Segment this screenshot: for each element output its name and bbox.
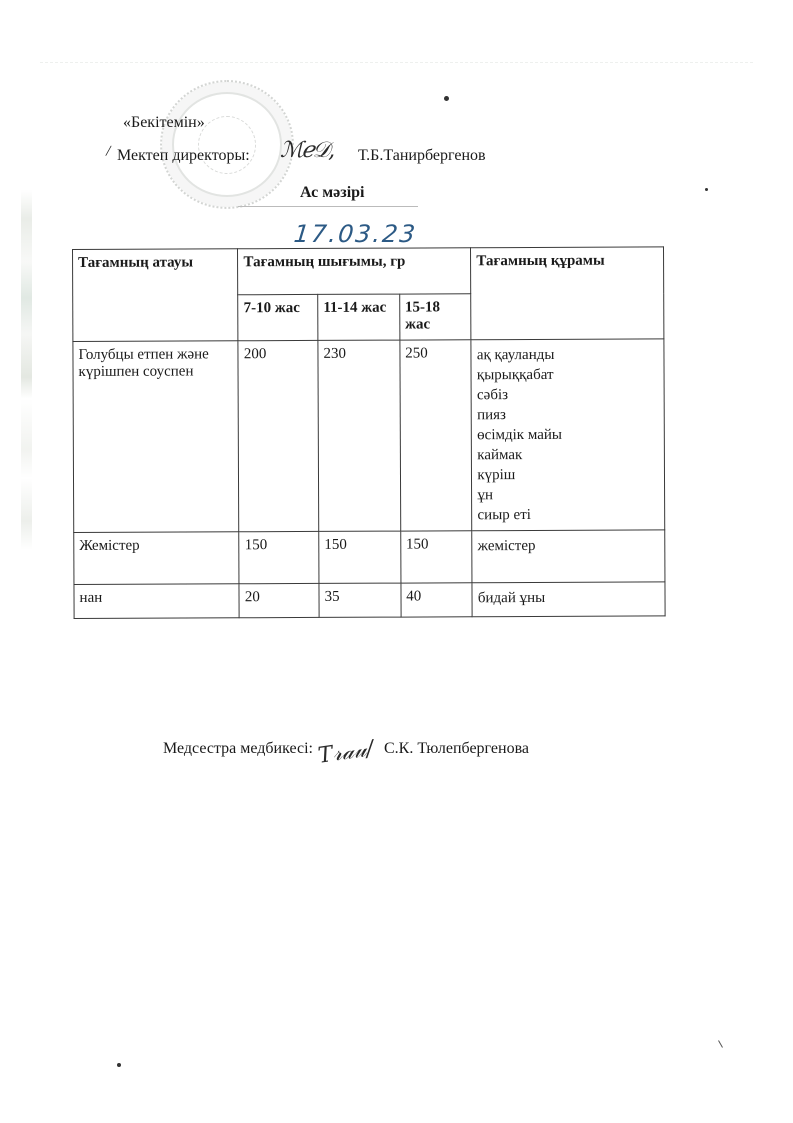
scan-dot — [117, 1063, 121, 1067]
table-row: нан 20 35 40 бидай ұны — [74, 582, 665, 619]
scan-top-line — [40, 62, 753, 63]
scan-mark — [718, 1040, 723, 1047]
ingredient: ұн — [477, 484, 659, 505]
approval-label: «Бекітемін» — [123, 114, 205, 132]
table-row: Жемістер 150 150 150 жемістер — [74, 530, 665, 585]
ingredient: пияз — [477, 404, 659, 425]
ingredient: жемістер — [478, 535, 660, 556]
ingredient: қырыққабат — [477, 364, 659, 385]
ingredients-cell: жемістер — [472, 530, 665, 583]
scan-dot — [705, 188, 708, 191]
yield-cell: 150 — [239, 531, 319, 583]
nurse-label: Медсестра медбикесі: — [163, 740, 313, 758]
director-name: Т.Б.Танирбергенов — [358, 147, 486, 165]
scan-edge-artifact — [21, 190, 32, 550]
ingredients-cell: бидай ұны — [472, 582, 665, 617]
header-age-11-14: 11-14 жас — [318, 294, 400, 340]
ingredient: сәбіз — [477, 384, 659, 405]
ingredient: бидай ұны — [478, 587, 660, 608]
yield-cell: 35 — [319, 583, 401, 617]
ingredients-cell: ақ қауланды қырыққабат сәбіз пияз өсімді… — [471, 339, 664, 531]
yield-cell: 200 — [238, 340, 319, 531]
header-age-7-10: 7-10 жас — [238, 294, 318, 340]
director-label: Мектеп директоры: — [117, 147, 250, 165]
director-signature: ℳℯ𝒟, — [280, 138, 333, 163]
nurse-name: С.К. Тюлепбергенова — [384, 740, 529, 758]
handwritten-date: 17.03.23 — [293, 220, 419, 248]
yield-cell: 20 — [239, 583, 319, 617]
ingredient: сиыр еті — [477, 504, 659, 525]
header-age-15-18: 15-18 жас — [399, 294, 471, 340]
menu-table: Тағамның атауы Тағамның шығымы, гр Тағам… — [72, 246, 666, 619]
ingredient: ақ қауланды — [477, 344, 659, 365]
table-row: Голубцы етпен және күрішпен соуспен 200 … — [73, 339, 665, 533]
dish-cell: Жемістер — [74, 532, 240, 585]
ingredient: каймак — [477, 444, 659, 465]
dish-cell: нан — [74, 584, 240, 619]
ingredient: өсімдік майы — [477, 424, 659, 445]
document-title: Ас мәзірі — [300, 184, 364, 202]
yield-cell: 150 — [319, 531, 401, 583]
ingredient: күріш — [477, 464, 659, 485]
tick-mark: / — [104, 143, 112, 161]
header-dish-name: Тағамның атауы — [73, 249, 239, 342]
dish-cell: Голубцы етпен және күрішпен соуспен — [73, 341, 239, 533]
yield-cell: 40 — [401, 583, 473, 617]
nurse-signature: Т𝓇𝒶𝓊/ — [317, 736, 376, 769]
official-stamp — [160, 80, 294, 209]
header-yield: Тағамның шығымы, гр — [238, 248, 471, 295]
yield-cell: 250 — [400, 340, 472, 531]
title-underline — [238, 206, 418, 207]
yield-cell: 150 — [400, 531, 472, 583]
yield-cell: 230 — [318, 340, 401, 531]
header-composition: Тағамның құрамы — [471, 247, 664, 340]
scan-dot — [444, 96, 449, 101]
